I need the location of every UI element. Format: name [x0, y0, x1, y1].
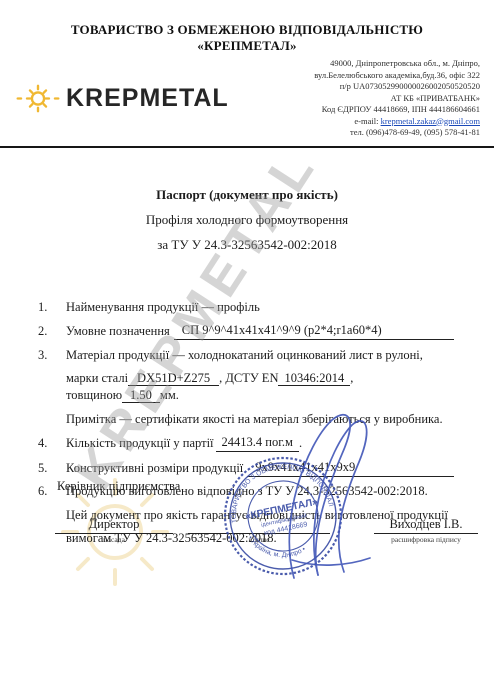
- list-item-3: 3. Матеріал продукції — холоднокатаний о…: [38, 347, 454, 364]
- item-number: 4.: [38, 435, 66, 452]
- item-number: 2.: [38, 323, 66, 340]
- item-text: Матеріал продукції — холоднокатаний оцин…: [66, 347, 423, 364]
- company-address-block: 49000, Дніпропетровська обл., м. Дніпро,…: [314, 58, 480, 139]
- item-text: Найменування продукції — профіль: [66, 299, 260, 316]
- item-label: Умовне позначення: [66, 323, 170, 340]
- name-caption: расшифровка підпису: [374, 535, 478, 544]
- sun-icon: [16, 83, 60, 114]
- email-label: e-mail:: [354, 116, 378, 126]
- phone-line: тел. (096)478-69-49, (095) 578-41-81: [314, 127, 480, 139]
- company-full-name: ТОВАРИСТВО З ОБМЕЖЕНОЮ ВІДПОВІДАЛЬНІСТЮ …: [30, 22, 464, 54]
- address-line: вул.Белелюбського академіка,буд.36, офіс…: [314, 70, 480, 82]
- item-value-underlined: СП 9^9^41x41x41^9^9 (p2*4;r1a60*4): [174, 322, 454, 340]
- item-label: Кількість продукції у партії: [66, 435, 214, 452]
- title-block: Паспорт (документ про якість) Профіля хо…: [0, 182, 494, 257]
- position-value: Директор: [55, 517, 173, 534]
- address-line: Код ЄДРПОУ 44418669, ІПН 444186604661: [314, 104, 480, 116]
- signature-position-block: Директор посада: [55, 517, 173, 544]
- email-link[interactable]: krepmetal.zakaz@gmail.com: [381, 116, 480, 126]
- steel-grade-underlined: DX51D+Z275: [128, 371, 219, 386]
- list-item-3-line2: марки сталіDX51D+Z275, ДСТУ EN10346:2014…: [38, 370, 454, 404]
- header-divider: [0, 146, 494, 148]
- item-number: 3.: [38, 347, 66, 364]
- thickness-underlined: 1.50: [122, 388, 160, 403]
- item-label: , ДСТУ EN: [219, 371, 278, 385]
- header-row: KREPMETAL 49000, Дніпропетровська обл., …: [0, 54, 494, 139]
- address-line: п/р UA073052990000026002050520520: [314, 81, 480, 93]
- address-line: 49000, Дніпропетровська обл., м. Дніпро,: [314, 58, 480, 70]
- document-subtitle: Профіля холодного формоутворення: [0, 207, 494, 232]
- signature-name-block: Виходцев І.В. расшифровка підпису: [374, 517, 478, 544]
- list-item-1: 1. Найменування продукції — профіль: [38, 299, 454, 316]
- document-page: KREPMETAL ТОВАРИСТВО З ОБМЕЖЕНОЮ ВІДПОВІ…: [0, 0, 494, 699]
- item-number: 5.: [38, 460, 66, 477]
- list-item-4: 4. Кількість продукції у партії 24413.4 …: [38, 434, 454, 452]
- list-item-3-note: Примітка — сертифікати якості на матеріа…: [38, 411, 454, 428]
- handwritten-signature: [272, 410, 387, 588]
- signature-heading: Керівник підприємства: [57, 479, 180, 494]
- item-label: мм.: [160, 388, 179, 402]
- email-line: e-mail: krepmetal.zakaz@gmail.com: [314, 116, 480, 128]
- position-caption: посада: [55, 535, 173, 544]
- item-label: марки сталі: [66, 371, 128, 385]
- item-number: 1.: [38, 299, 66, 316]
- standard-underlined: 10346:2014: [278, 371, 350, 386]
- logo-wordmark: KREPMETAL: [66, 84, 229, 113]
- document-standard: за ТУ У 24.3-32563542-002:2018: [0, 232, 494, 257]
- document-title: Паспорт (документ про якість): [0, 182, 494, 207]
- name-value: Виходцев І.В.: [374, 517, 478, 534]
- list-item-2: 2. Умовне позначення СП 9^9^41x41x41^9^9…: [38, 322, 454, 340]
- company-logo: KREPMETAL: [16, 83, 229, 114]
- address-line: АТ КБ «ПРИВАТБАНК»: [314, 93, 480, 105]
